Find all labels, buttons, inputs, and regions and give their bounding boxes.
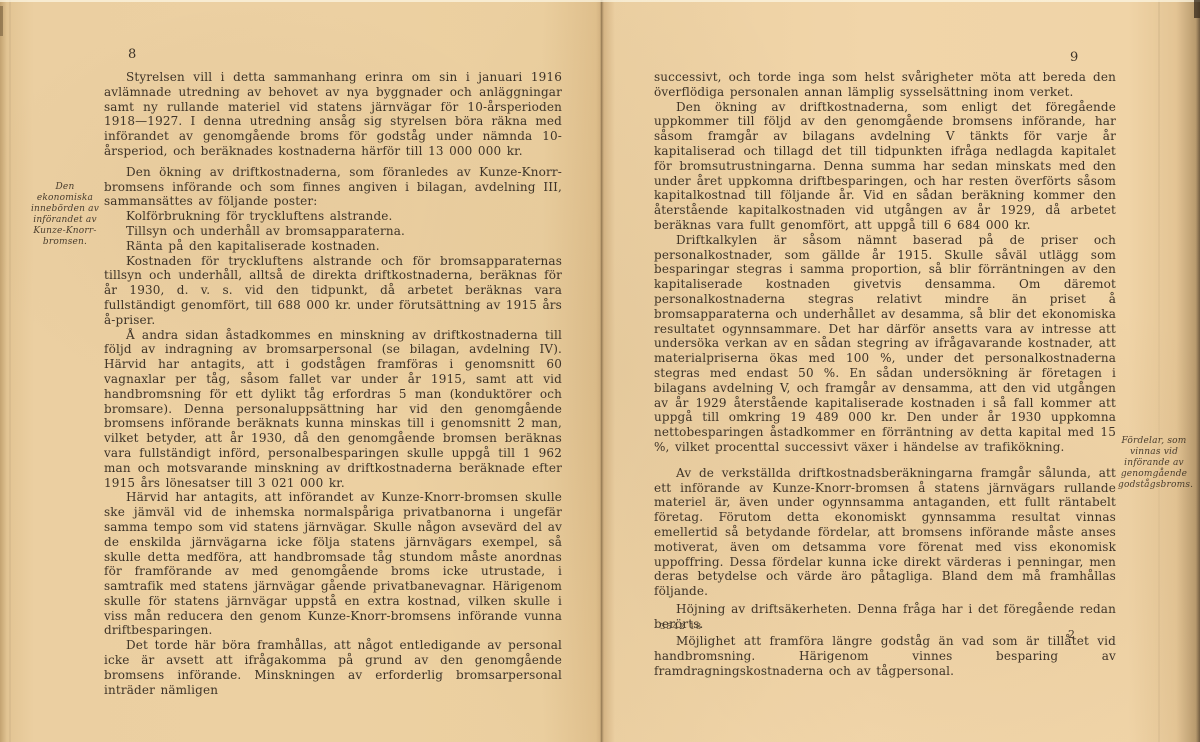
page-edge-highlight — [0, 0, 1200, 2]
page-body-right: successivt, och torde inga som helst svå… — [654, 70, 1116, 679]
paragraph: Driftkalkylen är såsom nämnt baserad på … — [654, 233, 1116, 455]
sheet-number: 2 — [1068, 628, 1075, 641]
paragraph: successivt, och torde inga som helst svå… — [654, 70, 1116, 100]
page-gutter-fold — [600, 0, 604, 742]
page-number-left: 8 — [128, 47, 137, 62]
scan-edge-shadow — [1194, 0, 1200, 18]
paragraph: Styrelsen vill i detta sammanhang erinra… — [104, 70, 562, 159]
margin-note-right: Fördelar, som vinnas vid införande av ge… — [1118, 436, 1190, 491]
paragraph: Möjlighet att framföra längre godståg än… — [654, 634, 1116, 678]
page-number-right: 9 — [1070, 50, 1079, 65]
print-signature: 3542 18 — [660, 622, 702, 632]
paper-crease — [1158, 0, 1160, 742]
list-line: Ränta på den kapitaliserade kostnaden. — [104, 239, 562, 254]
book-spread: 8 Den ekonomiska innebörden av införande… — [0, 0, 1200, 742]
page-right: 9 Fördelar, som vinnas vid införande av … — [602, 0, 1200, 742]
page-body-left: Styrelsen vill i detta sammanhang erinra… — [104, 70, 562, 697]
paper-crease — [9, 0, 11, 742]
paragraph: Av de verkställda driftkostnadsberäkning… — [654, 466, 1116, 599]
paragraph: Härvid har antagits, att införandet av K… — [104, 490, 562, 638]
paragraph: Kostnaden för tryckluftens alstrande och… — [104, 254, 562, 328]
scan-edge-shadow — [0, 6, 3, 36]
paragraph: Det torde här böra framhållas, att något… — [104, 638, 562, 697]
margin-note-left: Den ekonomiska innebörden av införandet … — [26, 182, 104, 248]
page-left: 8 Den ekonomiska innebörden av införande… — [0, 0, 602, 742]
paragraph: Den ökning av driftkostnaderna, som föra… — [104, 165, 562, 209]
list-line: Tillsyn och underhåll av bromsapparatern… — [104, 224, 562, 239]
paragraph: Den ökning av driftkostnaderna, som enli… — [654, 100, 1116, 233]
paragraph: Å andra sidan åstadkommes en minskning a… — [104, 328, 562, 491]
list-line: Kolförbrukning för tryckluftens alstrand… — [104, 209, 562, 224]
paragraph: Höjning av driftsäkerheten. Denna fråga … — [654, 602, 1116, 632]
